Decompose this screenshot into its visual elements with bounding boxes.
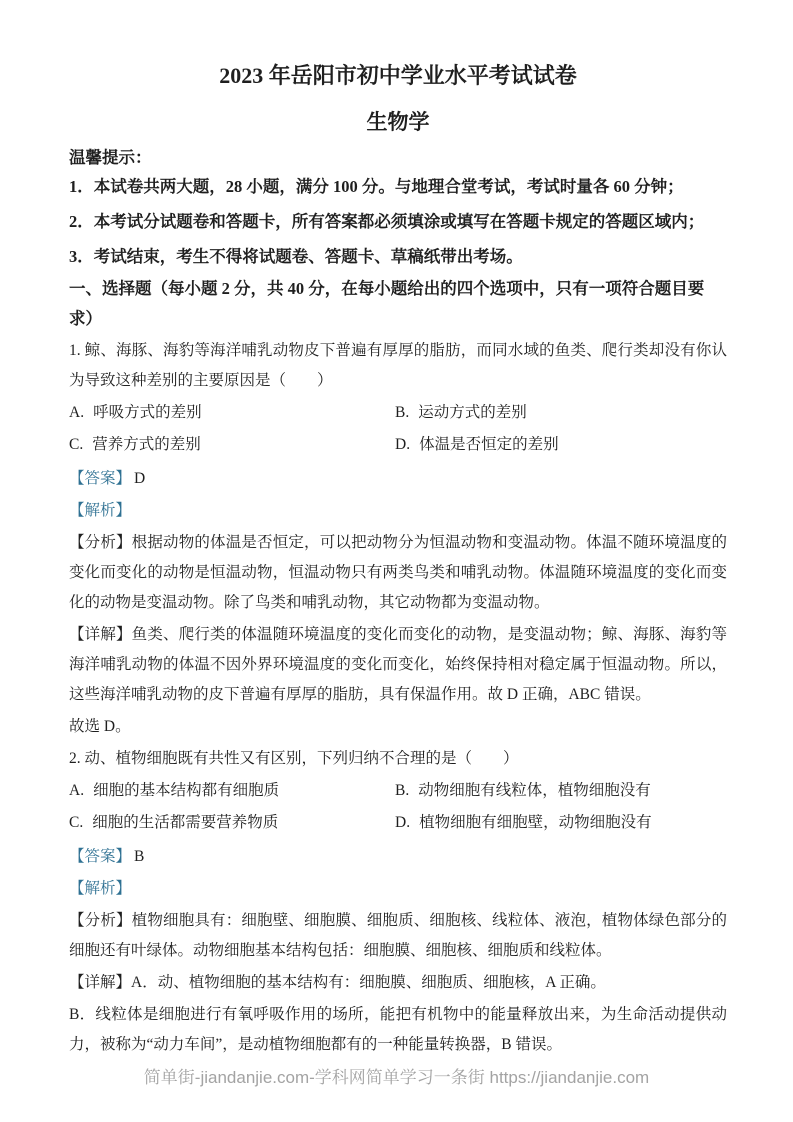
option-text: 动物细胞有线粒体，植物细胞没有 xyxy=(418,782,651,799)
analysis-tag: 【解析】 xyxy=(69,880,131,897)
option-text: 细胞的生活都需要营养物质 xyxy=(92,814,278,831)
option-label: D. xyxy=(395,814,410,831)
question-1-stem: 1. 鲸、海豚、海豹等海洋哺乳动物皮下普遍有厚厚的脂肪，而同水域的鱼类、爬行类却… xyxy=(69,336,727,396)
question-2-option-c: C.细胞的生活都需要营养物质 xyxy=(69,808,395,838)
page-subject: 生物学 xyxy=(69,110,727,134)
question-1-option-d: D.体温是否恒定的差别 xyxy=(395,430,727,460)
question-2-answer-line: 【答案】B xyxy=(69,842,727,872)
option-text: 呼吸方式的差别 xyxy=(93,404,202,421)
question-2-analysis: 【分析】植物细胞具有：细胞壁、细胞膜、细胞质、细胞核、线粒体、液泡，植物体绿色部… xyxy=(69,906,727,966)
answer-tag: 【答案】 xyxy=(69,848,131,865)
question-1-conclusion: 故选 D。 xyxy=(69,712,727,742)
question-2-option-d: D.植物细胞有细胞壁，动物细胞没有 xyxy=(395,808,727,838)
question-2-option-a: A.细胞的基本结构都有细胞质 xyxy=(69,776,395,806)
notice-item-3: 3．考试结束，考生不得将试题卷、答题卡、草稿纸带出考场。 xyxy=(69,239,727,274)
question-2-options-row-2: C.细胞的生活都需要营养物质 D.植物细胞有细胞壁，动物细胞没有 xyxy=(69,808,727,838)
answer-tag: 【答案】 xyxy=(69,470,131,487)
option-label: B. xyxy=(395,782,409,799)
question-1-analysis-tag-line: 【解析】 xyxy=(69,496,727,526)
option-label: A. xyxy=(69,404,84,421)
question-2-option-b: B.动物细胞有线粒体，植物细胞没有 xyxy=(395,776,727,806)
section-heading-choice: 一、选择题（每小题 2 分，共 40 分，在每小题给出的四个选项中，只有一项符合… xyxy=(69,274,727,334)
notice-item-1: 1．本试卷共两大题，28 小题，满分 100 分。与地理合堂考试，考试时量各 6… xyxy=(69,169,727,204)
question-1: 1. 鲸、海豚、海豹等海洋哺乳动物皮下普遍有厚厚的脂肪，而同水域的鱼类、爬行类却… xyxy=(69,336,727,742)
question-1-options-row-2: C.营养方式的差别 D.体温是否恒定的差别 xyxy=(69,430,727,460)
question-1-detail: 【详解】鱼类、爬行类的体温随环境温度的变化而变化的动物，是变温动物；鲸、海豚、海… xyxy=(69,620,727,710)
question-1-option-c: C.营养方式的差别 xyxy=(69,430,395,460)
notice-item-2: 2．本考试分试题卷和答题卡，所有答案都必须填涂或填写在答题卡规定的答题区域内； xyxy=(69,204,727,239)
question-1-answer-line: 【答案】D xyxy=(69,464,727,494)
answer-value: B xyxy=(134,848,144,865)
analysis-tag: 【解析】 xyxy=(69,502,131,519)
option-text: 营养方式的差别 xyxy=(92,436,201,453)
option-text: 运动方式的差别 xyxy=(418,404,527,421)
question-1-option-b: B.运动方式的差别 xyxy=(395,398,727,428)
question-1-option-a: A.呼吸方式的差别 xyxy=(69,398,395,428)
question-2-options-row-1: A.细胞的基本结构都有细胞质 B.动物细胞有线粒体，植物细胞没有 xyxy=(69,776,727,806)
question-2-analysis-tag-line: 【解析】 xyxy=(69,874,727,904)
question-2: 2. 动、植物细胞既有共性又有区别，下列归纳不合理的是（ ） A.细胞的基本结构… xyxy=(69,744,727,1060)
question-2-detail-b: B．线粒体是细胞进行有氧呼吸作用的场所，能把有机物中的能量释放出来，为生命活动提… xyxy=(69,1000,727,1060)
answer-value: D xyxy=(134,470,145,487)
option-label: A. xyxy=(69,782,84,799)
question-2-stem: 2. 动、植物细胞既有共性又有区别，下列归纳不合理的是（ ） xyxy=(69,744,727,774)
option-label: C. xyxy=(69,436,83,453)
watermark-footer: 简单街-jiandanjie.com-学科网简单学习一条街 https://ji… xyxy=(0,1066,793,1090)
page-title: 2023 年岳阳市初中学业水平考试试卷 xyxy=(69,64,727,88)
question-2-detail-a: 【详解】A．动、植物细胞的基本结构有：细胞膜、细胞质、细胞核，A 正确。 xyxy=(69,968,727,998)
option-label: B. xyxy=(395,404,409,421)
option-text: 细胞的基本结构都有细胞质 xyxy=(93,782,279,799)
option-label: D. xyxy=(395,436,410,453)
question-1-options-row-1: A.呼吸方式的差别 B.运动方式的差别 xyxy=(69,398,727,428)
exam-paper-page: 2023 年岳阳市初中学业水平考试试卷 生物学 温馨提示： 1．本试卷共两大题，… xyxy=(0,0,793,1122)
question-1-analysis: 【分析】根据动物的体温是否恒定，可以把动物分为恒温动物和变温动物。体温不随环境温… xyxy=(69,528,727,618)
option-label: C. xyxy=(69,814,83,831)
option-text: 体温是否恒定的差别 xyxy=(419,436,559,453)
notice-heading: 温馨提示： xyxy=(69,147,727,169)
option-text: 植物细胞有细胞壁，动物细胞没有 xyxy=(419,814,652,831)
